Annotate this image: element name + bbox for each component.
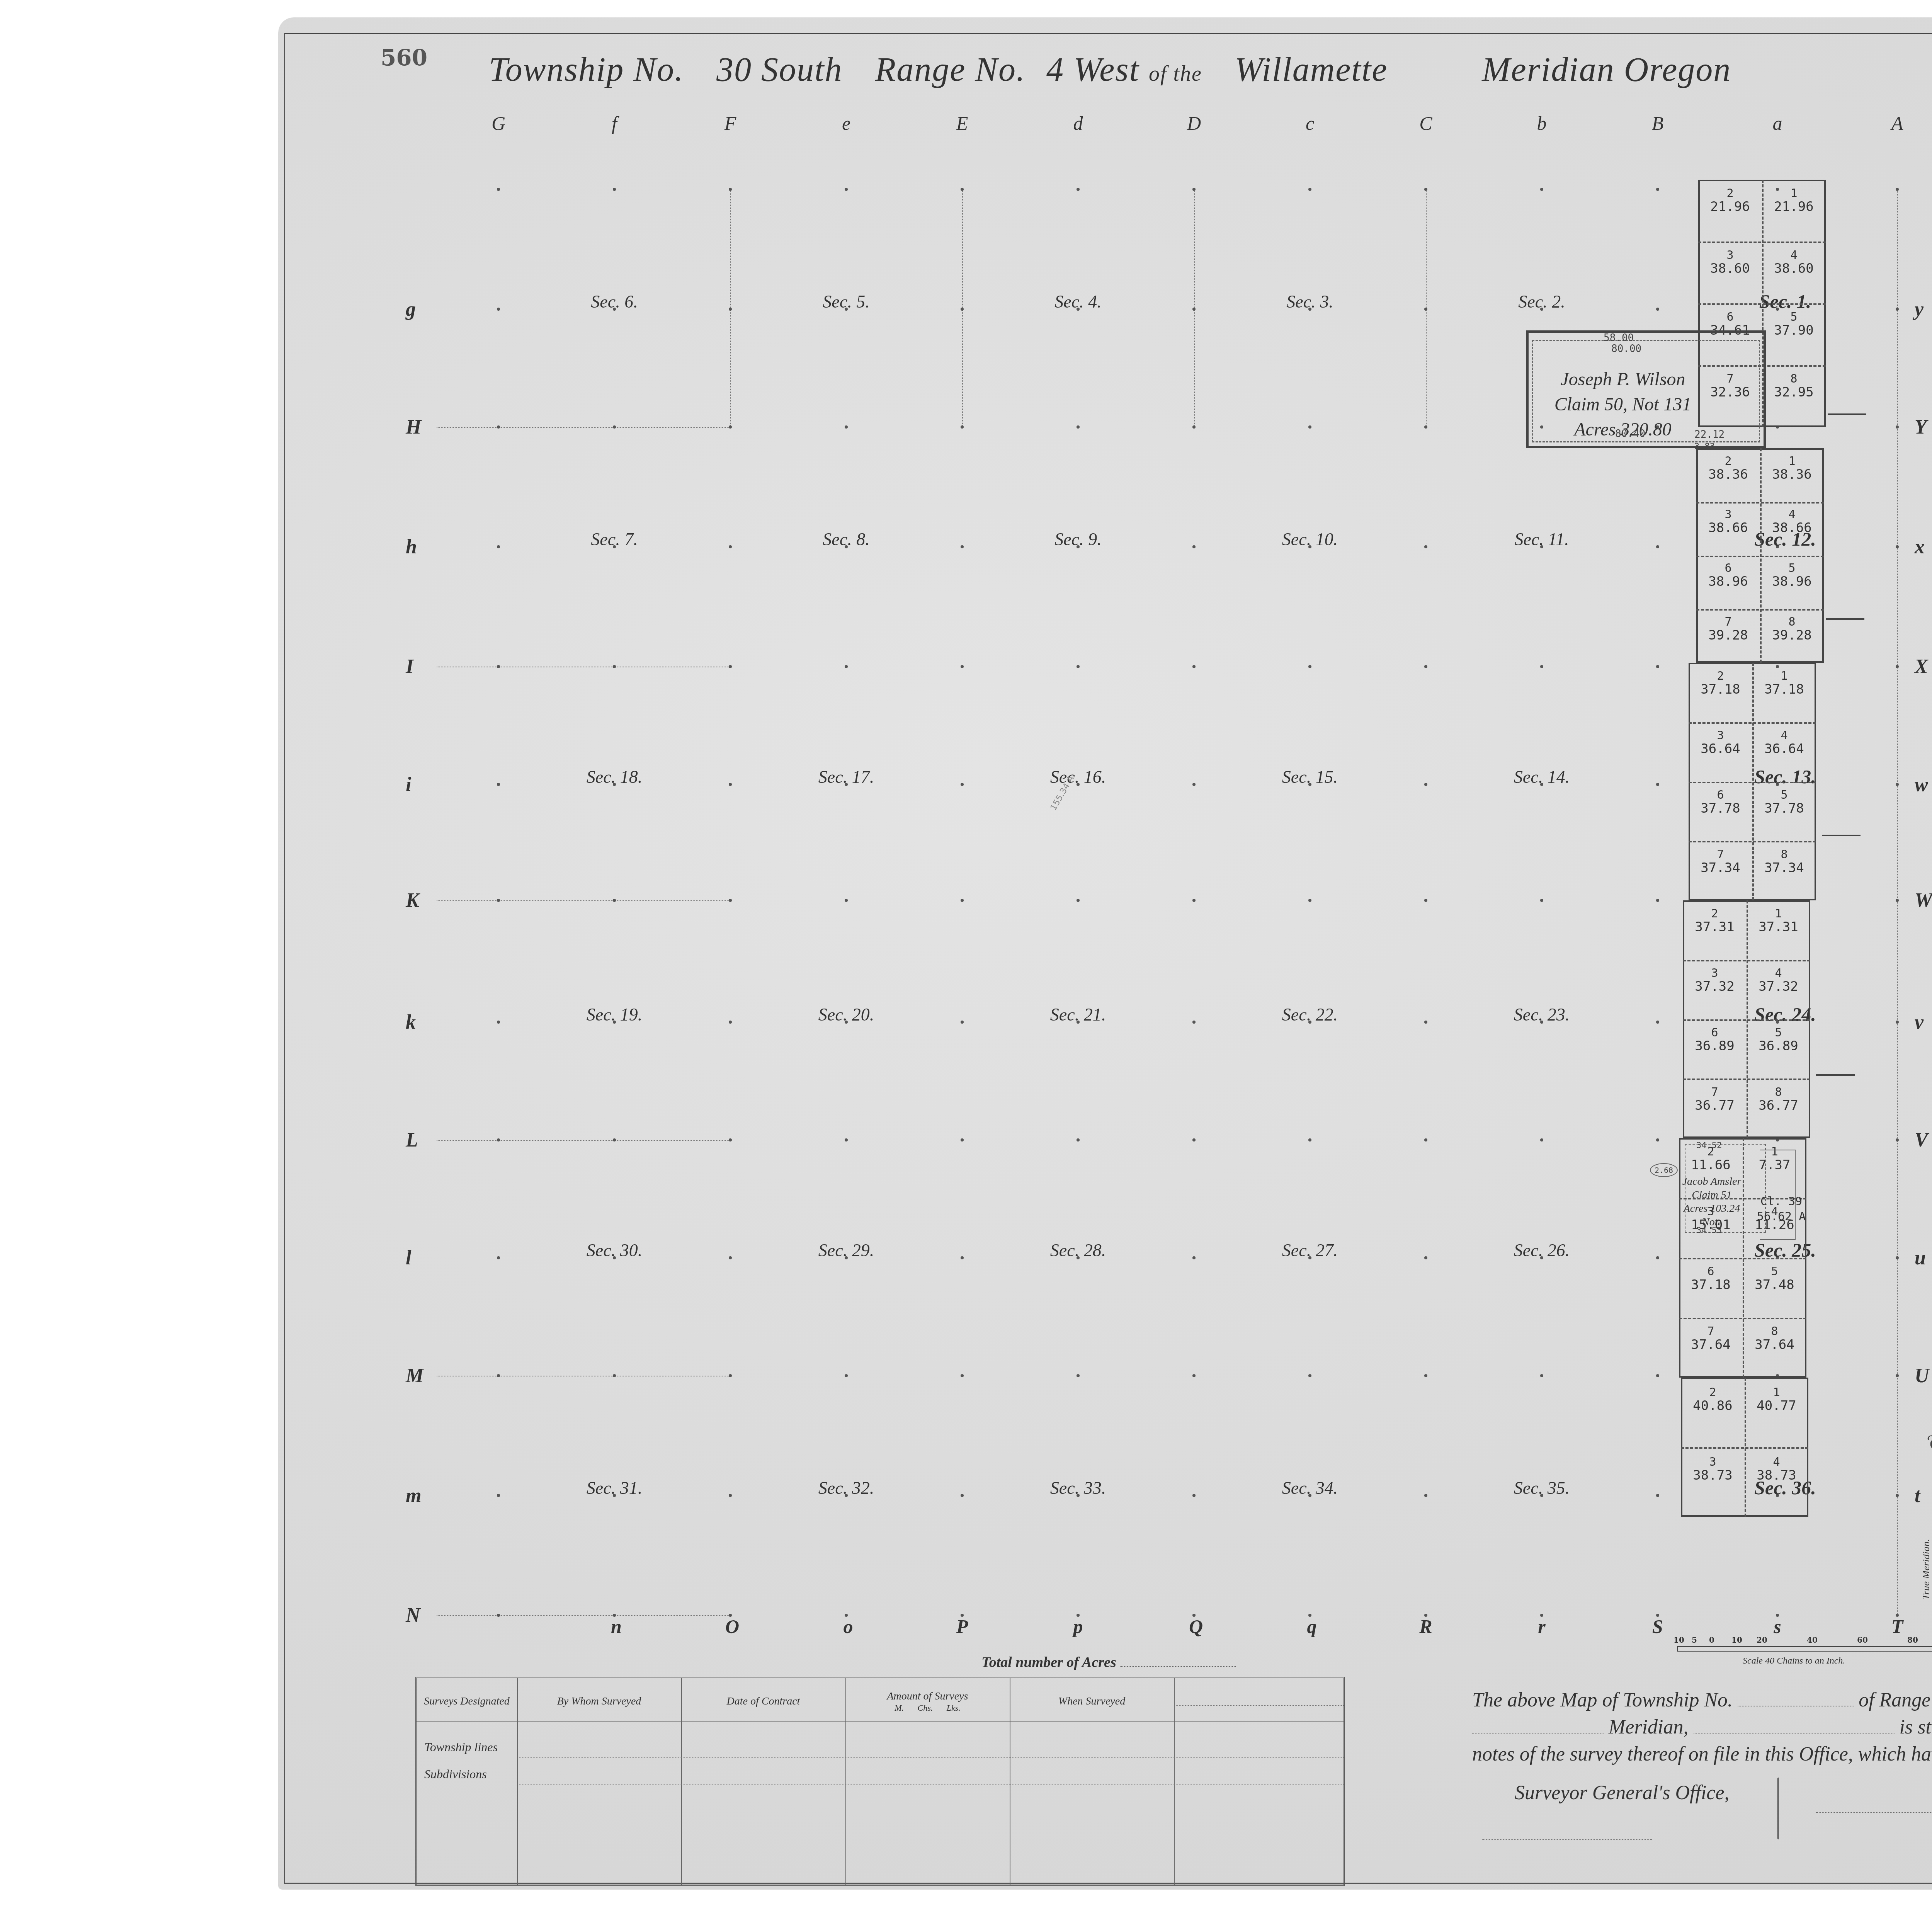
survey-corner-marker <box>1776 1614 1779 1617</box>
lot-acres: 37.18 <box>1701 682 1740 697</box>
wilson-dim-sub: 22.12 <box>1694 429 1725 441</box>
lot-number: 2 <box>1693 1386 1732 1399</box>
survey-corner-marker <box>1896 783 1899 786</box>
survey-corner-marker <box>613 1374 616 1377</box>
amsler-dim-top: 34.52 <box>1696 1141 1722 1150</box>
column-letter: q <box>1307 1615 1317 1638</box>
lot-cell: 140.77 <box>1757 1386 1796 1413</box>
lot-cell: 832.95 <box>1774 373 1813 400</box>
row-line <box>519 1757 1344 1758</box>
lot-number: 3 <box>1701 729 1740 742</box>
survey-corner-marker <box>1656 188 1659 191</box>
survey-corner-marker <box>497 1494 500 1497</box>
lot-number: 5 <box>1774 311 1813 323</box>
township-line <box>437 900 730 901</box>
title-township: 30 South <box>716 51 842 88</box>
section-label-17: Sec. 17. <box>818 767 874 787</box>
lot-number: 7 <box>1695 1086 1734 1099</box>
header-amount-label: Amount of Surveys <box>887 1690 968 1703</box>
lot-number: 2 <box>1708 455 1748 468</box>
survey-corner-marker <box>613 425 616 429</box>
survey-corner-marker <box>1896 1138 1899 1141</box>
cl39-label: Cl. 39 56.62 A <box>1757 1194 1806 1224</box>
lot-number: 8 <box>1774 373 1813 385</box>
lot-acres: 38.73 <box>1757 1468 1796 1483</box>
survey-corner-marker <box>1540 1614 1543 1617</box>
meander-line <box>1822 835 1861 836</box>
survey-corner-marker <box>1656 1021 1659 1024</box>
row-letter: g <box>406 298 416 321</box>
lot-number: 7 <box>1701 848 1740 861</box>
lot-number: 4 <box>1757 1456 1796 1468</box>
certificate-meridian-blank-2[interactable] <box>1694 1733 1895 1733</box>
survey-corner-marker <box>497 1021 500 1024</box>
header-amount: Amount of Surveys M. Chs. Lks. <box>845 1682 1010 1721</box>
column-letter: b <box>1537 112 1547 134</box>
row-letter: h <box>406 536 417 558</box>
lot-number: 5 <box>1755 1265 1794 1278</box>
section-label-9: Sec. 9. <box>1054 529 1101 549</box>
survey-corner-marker <box>729 783 732 786</box>
lot-cell: 237.18 <box>1701 670 1740 697</box>
survey-corner-marker <box>729 1494 732 1497</box>
table-divider <box>1174 1678 1175 1885</box>
survey-corner-marker <box>729 1614 732 1617</box>
header-amount-units: M. Chs. Lks. <box>895 1703 961 1713</box>
section-label-8: Sec. 8. <box>823 529 869 549</box>
lot-cell: 537.78 <box>1764 789 1804 816</box>
survey-corner-marker <box>1077 1138 1080 1141</box>
lot-cell: 837.34 <box>1764 848 1804 875</box>
survey-corner-marker <box>1192 783 1196 786</box>
lot-cell: 436.64 <box>1764 729 1804 756</box>
section-label-6: Sec. 6. <box>591 291 638 312</box>
section-label-33: Sec. 33. <box>1050 1478 1106 1498</box>
column-letter: R <box>1419 1615 1432 1638</box>
survey-corner-marker <box>845 1374 848 1377</box>
section-label-20: Sec. 20. <box>818 1004 874 1025</box>
survey-corner-marker <box>1308 665 1311 668</box>
survey-corner-marker <box>1896 1021 1899 1024</box>
lot-number: 4 <box>1764 729 1804 742</box>
row-letter: Y <box>1915 416 1927 439</box>
lot-line <box>1683 1019 1810 1021</box>
lot-number: 3 <box>1710 249 1750 262</box>
row-letter: l <box>406 1247 411 1269</box>
header-by-whom: By Whom Surveyed <box>517 1682 681 1721</box>
certificate-range-text: of Range No. <box>1859 1689 1932 1711</box>
lot-acres: 38.96 <box>1772 574 1811 589</box>
lot-cell: 737.64 <box>1691 1325 1730 1352</box>
lot-number: 2 <box>1701 670 1740 682</box>
lot-cell: 839.28 <box>1772 616 1811 643</box>
survey-corner-marker <box>961 899 964 902</box>
lot-acres: 37.32 <box>1695 979 1734 994</box>
lot-line <box>1698 242 1826 243</box>
lot-cell: 739.28 <box>1708 616 1748 643</box>
wilson-dim-top1: 58.00 <box>1604 332 1634 344</box>
lot-number: 5 <box>1759 1026 1798 1039</box>
lot-number: 6 <box>1701 789 1740 801</box>
certificate-meridian-blank-1[interactable] <box>1472 1733 1604 1733</box>
certificate-meridian-text: Meridian, <box>1609 1716 1689 1738</box>
survey-corner-marker <box>961 1614 964 1617</box>
lot-number: 2 <box>1710 187 1750 200</box>
lot-line <box>1689 722 1816 724</box>
amsler-claim-label: Jacob Amsler Claim 51 Acres 103.24 Not- <box>1682 1175 1742 1229</box>
lot-acres: 32.95 <box>1774 384 1813 400</box>
lot-line <box>1698 303 1826 305</box>
survey-corner-marker <box>497 1614 500 1617</box>
survey-corner-marker <box>961 1374 964 1377</box>
total-acres-text: Total number of Acres <box>981 1654 1116 1671</box>
row-subdivisions: Subdivisions <box>424 1767 487 1781</box>
lot-acres: 40.86 <box>1693 1398 1732 1414</box>
column-letter: o <box>844 1615 853 1638</box>
lot-acres: 37.32 <box>1759 979 1798 994</box>
lot-number: 1 <box>1757 1386 1796 1399</box>
lot-acres: 38.96 <box>1708 574 1748 589</box>
scale-tick: 10 <box>1731 1635 1742 1645</box>
column-letter: C <box>1419 112 1432 134</box>
survey-corner-marker <box>1077 188 1080 191</box>
lot-line <box>1689 841 1816 842</box>
survey-corner-marker <box>1077 1614 1080 1617</box>
total-acres-label: Total number of Acres <box>981 1654 1236 1671</box>
survey-corner-marker <box>1540 665 1543 668</box>
column-letter: a <box>1773 112 1782 134</box>
survey-corner-marker <box>497 425 500 429</box>
lot-number: 7 <box>1691 1325 1730 1338</box>
survey-corner-marker <box>497 1138 500 1141</box>
survey-corner-marker <box>729 425 732 429</box>
survey-corner-marker <box>497 188 500 191</box>
survey-corner-marker <box>729 1256 732 1259</box>
row-letter: u <box>1915 1247 1926 1269</box>
survey-corner-marker <box>1896 899 1899 902</box>
certificate-brace <box>1777 1778 1779 1839</box>
wilson-dim-top2: 80.00 <box>1611 343 1641 355</box>
row-letter: W <box>1915 889 1932 912</box>
survey-corner-marker <box>1540 1138 1543 1141</box>
lot-cell: 438.66 <box>1772 508 1811 535</box>
survey-corner-marker <box>1192 1021 1196 1024</box>
column-letter: G <box>492 112 505 134</box>
lot-acres: 38.66 <box>1772 520 1811 536</box>
survey-corner-marker <box>1424 783 1427 786</box>
scale-tick: 20 <box>1757 1635 1767 1645</box>
lot-cell: 537.48 <box>1755 1265 1794 1292</box>
column-letter: r <box>1538 1615 1545 1638</box>
lot-cell: 536.89 <box>1759 1026 1798 1053</box>
lot-number: 5 <box>1764 789 1804 801</box>
lot-cell: 438.73 <box>1757 1456 1796 1483</box>
section-label-26: Sec. 26. <box>1514 1240 1570 1261</box>
page-title: Township No. 30 South Range No. 4 West o… <box>489 50 1731 89</box>
survey-corner-marker <box>1896 545 1899 548</box>
survey-corner-marker <box>1656 1138 1659 1141</box>
lot-acres: 37.34 <box>1764 860 1804 876</box>
survey-corner-marker <box>1424 665 1427 668</box>
unit-chains: Chs. <box>918 1703 933 1713</box>
survey-corner-marker <box>613 1138 616 1141</box>
survey-corner-marker <box>1192 1614 1196 1617</box>
title-of-the: of the <box>1149 62 1202 86</box>
scale-label: Scale 40 Chains to an Inch. <box>1743 1656 1845 1666</box>
lot-acres: 38.60 <box>1710 261 1750 276</box>
survey-corner-marker <box>1424 1138 1427 1141</box>
amsler-dim-oval: 2.68 <box>1650 1163 1678 1177</box>
certificate-signature-blank[interactable] <box>1816 1812 1932 1813</box>
unit-links: Lks. <box>947 1703 961 1713</box>
survey-corner-marker <box>1077 665 1080 668</box>
survey-corner-marker <box>1656 783 1659 786</box>
column-letter: F <box>724 112 736 134</box>
amsler-claim-number: Claim 51 <box>1682 1188 1742 1202</box>
certificate-township-text: The above Map of Township No. <box>1472 1689 1733 1711</box>
lot-number: 7 <box>1708 616 1748 628</box>
lot-cell: 837.64 <box>1755 1325 1794 1352</box>
lot-number: 1 <box>1774 187 1813 200</box>
section-label-10: Sec. 10. <box>1282 529 1338 549</box>
survey-corner-marker <box>729 188 732 191</box>
column-letter: S <box>1652 1615 1663 1638</box>
survey-corner-marker <box>845 665 848 668</box>
lot-cell: 438.60 <box>1774 249 1813 276</box>
survey-corner-marker <box>1192 308 1196 311</box>
column-letter: p <box>1073 1615 1083 1638</box>
section-label-27: Sec. 27. <box>1282 1240 1338 1261</box>
survey-corner-marker <box>1308 899 1311 902</box>
lot-number: 3 <box>1695 967 1734 980</box>
total-acres-blank <box>1120 1666 1236 1667</box>
survey-corner-marker <box>1192 1138 1196 1141</box>
section-label-21: Sec. 21. <box>1050 1004 1106 1025</box>
true-meridian-label: True Meridian. <box>1920 1539 1932 1600</box>
lot-acres: 36.64 <box>1764 741 1804 757</box>
lot-cell: 240.86 <box>1693 1386 1732 1413</box>
survey-corner-marker <box>961 665 964 668</box>
survey-corner-marker <box>1192 1494 1196 1497</box>
lot-acres: 21.96 <box>1774 199 1813 214</box>
survey-corner-marker <box>729 665 732 668</box>
row-letter: L <box>406 1129 418 1152</box>
lot-cell: 137.31 <box>1759 907 1798 934</box>
survey-corner-marker <box>729 545 732 548</box>
township-line <box>437 427 730 428</box>
survey-corner-marker <box>729 1374 732 1377</box>
row-letter: H <box>406 416 421 439</box>
column-letter: d <box>1073 112 1083 134</box>
column-letter: A <box>1891 112 1903 134</box>
survey-corner-marker <box>1424 1614 1427 1617</box>
survey-corner-marker <box>1192 1374 1196 1377</box>
survey-corner-marker <box>1424 188 1427 191</box>
survey-corner-marker <box>1308 1374 1311 1377</box>
lot-cell: 638.96 <box>1708 562 1748 589</box>
wilson-claim-number: Claim 50, Not 131 <box>1554 392 1692 417</box>
survey-corner-marker <box>1192 1256 1196 1259</box>
survey-corner-marker <box>729 1138 732 1141</box>
survey-corner-marker <box>1540 1374 1543 1377</box>
certificate-office-blank[interactable] <box>1482 1839 1652 1840</box>
lot-acres: 37.31 <box>1695 919 1734 935</box>
survey-corner-marker <box>1656 1256 1659 1259</box>
survey-corner-marker <box>961 1494 964 1497</box>
lot-number: 6 <box>1710 311 1750 323</box>
lot-acres: 21.96 <box>1710 199 1750 214</box>
township-line <box>437 1615 730 1616</box>
lot-acres: 36.64 <box>1701 741 1740 757</box>
row-letter: w <box>1915 773 1928 796</box>
lot-acres: 40.77 <box>1757 1398 1796 1414</box>
section-label-15: Sec. 15. <box>1282 767 1338 787</box>
certificate-office: Surveyor General's Office, <box>1515 1781 1730 1804</box>
survey-corner-marker <box>1656 899 1659 902</box>
section-label-29: Sec. 29. <box>818 1240 874 1261</box>
survey-corner-marker <box>961 425 964 429</box>
survey-corner-marker <box>1424 1021 1427 1024</box>
survey-corner-marker <box>1424 308 1427 311</box>
lot-cell: 736.77 <box>1695 1086 1734 1113</box>
lot-cell: 221.96 <box>1710 187 1750 214</box>
lot-cell: 637.18 <box>1691 1265 1730 1292</box>
survey-corner-marker <box>1424 1256 1427 1259</box>
survey-corner-marker <box>1308 1138 1311 1141</box>
column-letter: D <box>1187 112 1201 134</box>
survey-record-table: Surveys Designated By Whom Surveyed Date… <box>415 1677 1345 1886</box>
survey-corner-marker <box>1308 188 1311 191</box>
certificate-conformable-text: is strictly conformable to the field <box>1900 1716 1932 1738</box>
lot-cell: 338.60 <box>1710 249 1750 276</box>
lot-acres: 37.78 <box>1764 801 1804 816</box>
column-letter: e <box>842 112 850 134</box>
amsler-dim-bottom: 34.53 <box>1696 1226 1722 1235</box>
section-label-32: Sec. 32. <box>818 1478 874 1498</box>
lot-acres: 37.64 <box>1755 1337 1794 1352</box>
unit-miles: M. <box>895 1703 904 1713</box>
survey-corner-marker <box>497 665 500 668</box>
lot-acres: 38.73 <box>1693 1468 1732 1483</box>
survey-corner-marker <box>961 1021 964 1024</box>
survey-corner-marker <box>845 425 848 429</box>
title-meridian-name: Willamette <box>1235 51 1388 88</box>
lot-line <box>1689 782 1816 783</box>
row-letter: N <box>406 1604 420 1627</box>
survey-corner-marker <box>497 1374 500 1377</box>
row-letter: K <box>406 889 419 912</box>
column-letter: T <box>1891 1615 1903 1638</box>
survey-corner-marker <box>1656 545 1659 548</box>
wilson-claim-name: Joseph P. Wilson <box>1554 367 1692 392</box>
lot-cell: 137.18 <box>1764 670 1804 697</box>
lot-acres: 39.28 <box>1708 628 1748 643</box>
survey-corner-marker <box>1896 665 1899 668</box>
survey-corner-marker <box>1656 1494 1659 1497</box>
survey-corner-marker <box>1424 545 1427 548</box>
lot-acres: 37.78 <box>1701 801 1740 816</box>
lot-number: 8 <box>1755 1325 1794 1338</box>
column-letter: f <box>612 112 617 134</box>
survey-corner-marker <box>729 308 732 311</box>
meander-line <box>1828 413 1866 415</box>
certificate-township-blank[interactable] <box>1738 1706 1854 1706</box>
lot-line <box>1681 1447 1808 1449</box>
section-label-11: Sec. 11. <box>1515 529 1569 549</box>
section-label-14: Sec. 14. <box>1514 767 1570 787</box>
section-label-34: Sec. 34. <box>1282 1478 1338 1498</box>
survey-corner-marker <box>1308 425 1311 429</box>
lot-number: 4 <box>1774 249 1813 262</box>
row-letter: y <box>1915 298 1923 321</box>
survey-corner-marker <box>1192 665 1196 668</box>
lot-cell: 437.32 <box>1759 967 1798 994</box>
lot-cell: 138.36 <box>1772 455 1811 482</box>
lot-acres: 38.60 <box>1774 261 1813 276</box>
lot-line <box>1696 556 1824 557</box>
lot-line <box>1679 1258 1806 1259</box>
survey-corner-marker <box>961 1256 964 1259</box>
lot-cell: 121.96 <box>1774 187 1813 214</box>
row-letter: m <box>406 1484 421 1507</box>
survey-corner-marker <box>961 545 964 548</box>
lot-cell: 636.89 <box>1695 1026 1734 1053</box>
survey-corner-marker <box>497 308 500 311</box>
scale-tick: 5 <box>1692 1635 1697 1645</box>
wilson-dim-bottom: 80.40 <box>1615 428 1645 440</box>
lot-line <box>1696 502 1824 504</box>
survey-corner-marker <box>1077 425 1080 429</box>
survey-corner-marker <box>1656 1614 1659 1617</box>
lot-acres: 36.89 <box>1695 1038 1734 1054</box>
row-letter: v <box>1915 1011 1923 1034</box>
survey-corner-marker <box>1540 899 1543 902</box>
lot-number: 1 <box>1772 455 1811 468</box>
lot-cell: 836.77 <box>1759 1086 1798 1113</box>
column-letter: O <box>725 1615 739 1638</box>
survey-corner-marker <box>1896 1374 1899 1377</box>
row-letter: M <box>406 1364 423 1387</box>
row-letter: k <box>406 1011 416 1034</box>
row-letter: U <box>1915 1364 1929 1387</box>
lot-line <box>1683 1079 1810 1080</box>
lot-number: 6 <box>1708 562 1748 575</box>
lot-cell: 338.73 <box>1693 1456 1732 1483</box>
lot-cell: 637.78 <box>1701 789 1740 816</box>
scale-tick: 60 <box>1857 1635 1868 1645</box>
certificate-line-3: notes of the survey thereof on file in t… <box>1472 1743 1932 1766</box>
lot-cell: 337.32 <box>1695 967 1734 994</box>
range-line <box>1897 189 1898 1615</box>
row-township-lines: Township lines <box>424 1740 498 1754</box>
lot-cell: 338.66 <box>1708 508 1748 535</box>
wilson-dim-sub2: 3.83 <box>1694 442 1715 451</box>
scale-tick: 10 <box>1673 1635 1684 1645</box>
lot-acres: 39.28 <box>1772 628 1811 643</box>
survey-corner-marker <box>845 899 848 902</box>
lot-line <box>1696 609 1824 611</box>
lot-number: 8 <box>1764 848 1804 861</box>
survey-corner-marker <box>1896 1614 1899 1617</box>
lot-number: 8 <box>1772 616 1811 628</box>
row-letter: i <box>406 773 411 796</box>
lot-number: 1 <box>1759 907 1798 920</box>
survey-corner-marker <box>1656 1374 1659 1377</box>
title-range-label: Range No. <box>875 51 1026 88</box>
survey-corner-marker <box>1424 1494 1427 1497</box>
survey-corner-marker <box>1656 308 1659 311</box>
township-line <box>437 667 730 667</box>
